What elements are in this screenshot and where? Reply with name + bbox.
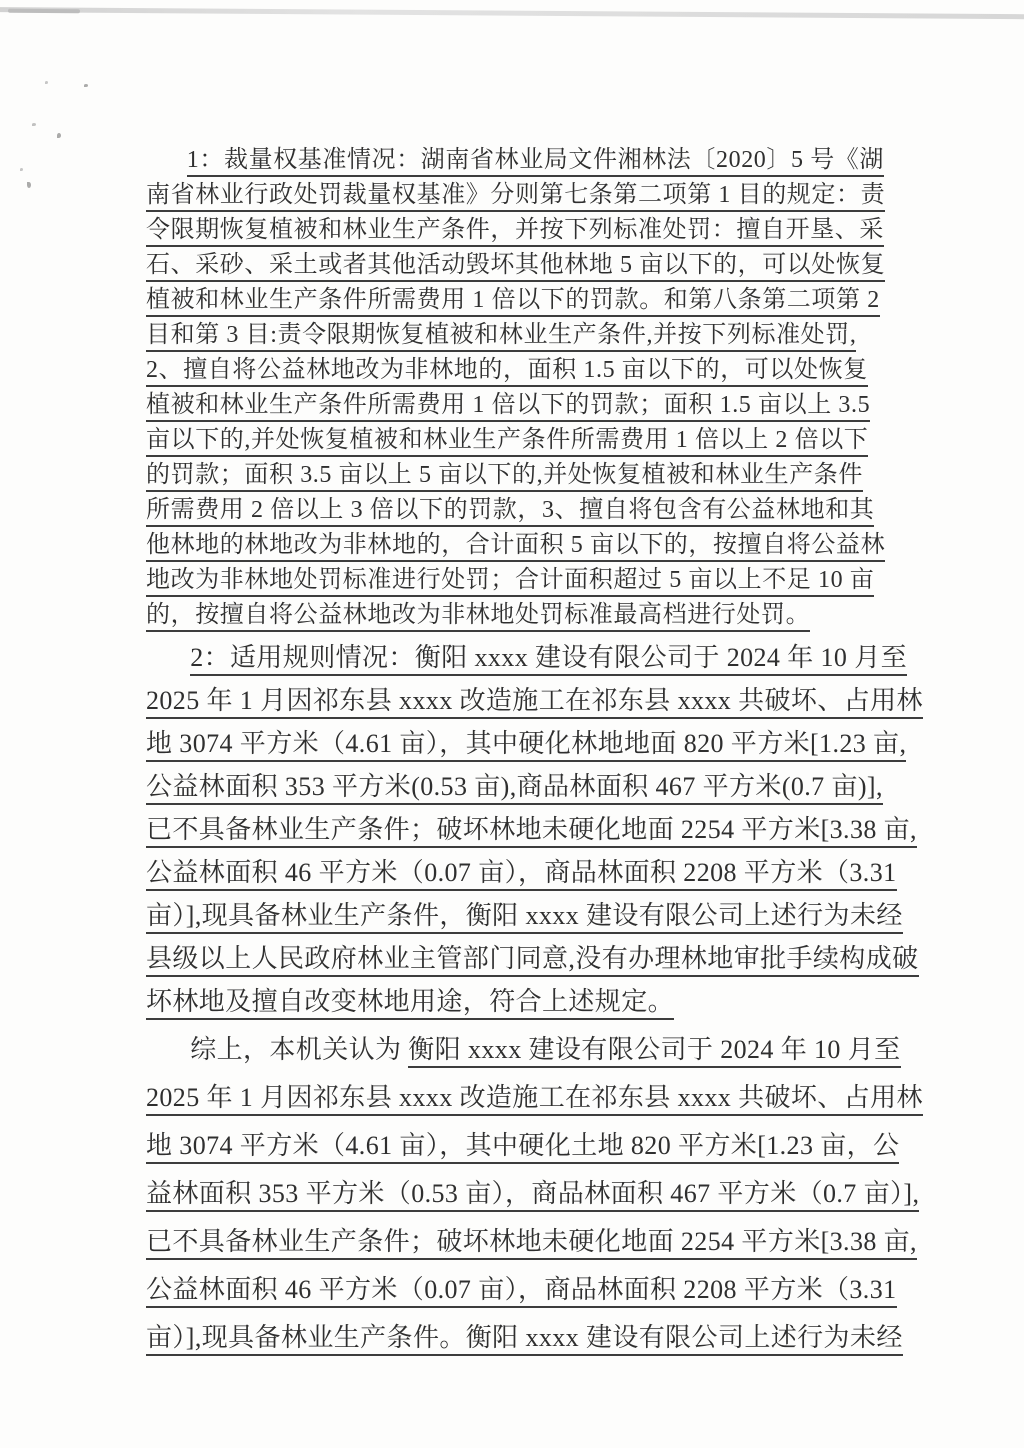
text-line: 亩）],现具备林业生产条件，衡阳 xxxx 建设有限公司上述行为未经 bbox=[146, 894, 888, 937]
scan-edge-artifact-dark bbox=[8, 9, 80, 14]
text-line: 2025 年 1 月因祁东县 xxxx 改造施工在祁东县 xxxx 共破坏、占用… bbox=[146, 679, 888, 722]
text-line: 南省林业行政处罚裁量权基准》分则第七条第二项第 1 目的规定：责 bbox=[146, 178, 888, 213]
text-line: 综上，本机关认为 衡阳 xxxx 建设有限公司于 2024 年 10 月至 bbox=[146, 1026, 888, 1074]
underlined-text-segment: 益林面积 353 平方米（0.53 亩），商品林面积 467 平方米（0.7 亩… bbox=[146, 1179, 919, 1212]
text-line: 公益林面积 46 平方米（0.07 亩），商品林面积 2208 平方米（3.31 bbox=[146, 851, 888, 894]
text-line: 地改为非林地处罚标准进行处罚；合计面积超过 5 亩以上不足 10 亩 bbox=[146, 563, 888, 598]
underlined-text-segment: 坏林地及擅自改变林地用途，符合上述规定。 bbox=[146, 987, 674, 1020]
underlined-text-segment: 公益林面积 46 平方米（0.07 亩），商品林面积 2208 平方米（3.31 bbox=[146, 1275, 897, 1308]
toner-speck bbox=[27, 182, 31, 188]
underlined-text-segment: 2025 年 1 月因祁东县 xxxx 改造施工在祁东县 xxxx 共破坏、占用… bbox=[146, 1083, 923, 1116]
text-line: 公益林面积 353 平方米(0.53 亩),商品林面积 467 平方米(0.7 … bbox=[146, 765, 888, 808]
toner-speck bbox=[84, 84, 88, 87]
underlined-text-segment: 他林地的林地改为非林地的，合计面积 5 亩以下的，按擅自将公益林 bbox=[146, 532, 885, 562]
underlined-text-segment: 已不具备林业生产条件；破坏林地未硬化地面 2254 平方米[3.38 亩, bbox=[146, 1227, 917, 1260]
underlined-text-segment: 目和第 3 目:责令限期恢复植被和林业生产条件,并按下列标准处罚, bbox=[146, 322, 856, 352]
paragraph-rule-application: 2：适用规则情况：衡阳 xxxx 建设有限公司于 2024 年 10 月至202… bbox=[146, 636, 888, 1023]
text-line: 坏林地及擅自改变林地用途，符合上述规定。 bbox=[146, 980, 888, 1023]
scan-edge-artifact bbox=[0, 7, 1024, 19]
underlined-text-segment: 地 3074 平方米（4.61 亩），其中硬化土地 820 平方米[1.23 亩… bbox=[146, 1131, 899, 1164]
text-line: 的罚款；面积 3.5 亩以上 5 亩以下的,并处恢复植被和林业生产条件 bbox=[146, 458, 888, 493]
underlined-text-segment: 植被和林业生产条件所需费用 1 倍以下的罚款。和第八条第二项第 2 bbox=[146, 287, 880, 317]
text-line: 已不具备林业生产条件；破坏林地未硬化地面 2254 平方米[3.38 亩, bbox=[146, 1218, 888, 1266]
toner-speck bbox=[20, 168, 23, 171]
underlined-text-segment: 地改为非林地处罚标准进行处罚；合计面积超过 5 亩以上不足 10 亩 bbox=[146, 567, 874, 597]
text-line: 石、采砂、采土或者其他活动毁坏其他林地 5 亩以下的，可以处恢复 bbox=[146, 248, 888, 283]
underlined-text-segment: 植被和林业生产条件所需费用 1 倍以下的罚款；面积 1.5 亩以上 3.5 bbox=[146, 392, 870, 422]
text-line: 亩）],现具备林业生产条件。衡阳 xxxx 建设有限公司上述行为未经 bbox=[146, 1314, 888, 1362]
underlined-text-segment: 亩以下的,并处恢复植被和林业生产条件所需费用 1 倍以上 2 倍以下 bbox=[146, 427, 868, 457]
underlined-text-segment: 已不具备林业生产条件；破坏林地未硬化地面 2254 平方米[3.38 亩, bbox=[146, 815, 917, 848]
paragraph-discretion-benchmark: 1：裁量权基准情况：湖南省林业局文件湘林法〔2020〕5 号《湖南省林业行政处罚… bbox=[146, 143, 888, 633]
text-line: 植被和林业生产条件所需费用 1 倍以下的罚款。和第八条第二项第 2 bbox=[146, 283, 888, 318]
text-line: 益林面积 353 平方米（0.53 亩），商品林面积 467 平方米（0.7 亩… bbox=[146, 1170, 888, 1218]
scanned-document-page: 1：裁量权基准情况：湖南省林业局文件湘林法〔2020〕5 号《湖南省林业行政处罚… bbox=[0, 0, 1024, 1448]
underlined-text-segment: 所需费用 2 倍以上 3 倍以下的罚款，3、擅自将包含有公益林地和其 bbox=[146, 497, 874, 527]
text-line: 1：裁量权基准情况：湖南省林业局文件湘林法〔2020〕5 号《湖 bbox=[146, 143, 888, 178]
underlined-text-segment: 令限期恢复植被和林业生产条件，并按下列标准处罚：擅自开垦、采 bbox=[146, 217, 884, 247]
text-line: 的，按擅自将公益林地改为非林地处罚标准最高档进行处罚。 bbox=[146, 598, 888, 633]
underlined-text-segment: 的，按擅自将公益林地改为非林地处罚标准最高档进行处罚。 bbox=[146, 602, 810, 632]
toner-speck bbox=[57, 133, 61, 138]
underlined-text-segment: 2：适用规则情况：衡阳 xxxx 建设有限公司于 2024 年 10 月至 bbox=[190, 643, 907, 676]
text-line: 地 3074 平方米（4.61 亩），其中硬化林地地面 820 平方米[1.23… bbox=[146, 722, 888, 765]
underlined-text-segment: 2025 年 1 月因祁东县 xxxx 改造施工在祁东县 xxxx 共破坏、占用… bbox=[146, 686, 923, 719]
text-line: 所需费用 2 倍以上 3 倍以下的罚款，3、擅自将包含有公益林地和其 bbox=[146, 493, 888, 528]
text-line: 县级以上人民政府林业主管部门同意,没有办理林地审批手续构成破 bbox=[146, 937, 888, 980]
underlined-text-segment: 地 3074 平方米（4.61 亩），其中硬化林地地面 820 平方米[1.23… bbox=[146, 729, 906, 762]
underlined-text-segment: 亩）],现具备林业生产条件。衡阳 xxxx 建设有限公司上述行为未经 bbox=[146, 1323, 903, 1356]
underlined-text-segment: 公益林面积 353 平方米(0.53 亩),商品林面积 467 平方米(0.7 … bbox=[146, 772, 883, 805]
underlined-text-segment: 衡阳 xxxx 建设有限公司于 2024 年 10 月至 bbox=[408, 1035, 900, 1068]
text-line: 地 3074 平方米（4.61 亩），其中硬化土地 820 平方米[1.23 亩… bbox=[146, 1122, 888, 1170]
toner-speck bbox=[32, 123, 36, 126]
text-line: 他林地的林地改为非林地的，合计面积 5 亩以下的，按擅自将公益林 bbox=[146, 528, 888, 563]
underlined-text-segment: 南省林业行政处罚裁量权基准》分则第七条第二项第 1 目的规定：责 bbox=[146, 182, 885, 212]
document-body: 1：裁量权基准情况：湖南省林业局文件湘林法〔2020〕5 号《湖南省林业行政处罚… bbox=[146, 143, 888, 1362]
toner-speck bbox=[45, 81, 48, 84]
paragraph-conclusion: 综上，本机关认为 衡阳 xxxx 建设有限公司于 2024 年 10 月至202… bbox=[146, 1026, 888, 1362]
text-line: 2025 年 1 月因祁东县 xxxx 改造施工在祁东县 xxxx 共破坏、占用… bbox=[146, 1074, 888, 1122]
text-line: 目和第 3 目:责令限期恢复植被和林业生产条件,并按下列标准处罚, bbox=[146, 318, 888, 353]
text-line: 令限期恢复植被和林业生产条件，并按下列标准处罚：擅自开垦、采 bbox=[146, 213, 888, 248]
text-line: 2：适用规则情况：衡阳 xxxx 建设有限公司于 2024 年 10 月至 bbox=[146, 636, 888, 679]
text-line: 亩以下的,并处恢复植被和林业生产条件所需费用 1 倍以上 2 倍以下 bbox=[146, 423, 888, 458]
underlined-text-segment: 2、擅自将公益林地改为非林地的，面积 1.5 亩以下的，可以处恢复 bbox=[146, 357, 868, 387]
underlined-text-segment: 1：裁量权基准情况：湖南省林业局文件湘林法〔2020〕5 号《湖 bbox=[187, 147, 884, 177]
underlined-text-segment: 的罚款；面积 3.5 亩以上 5 亩以下的,并处恢复植被和林业生产条件 bbox=[146, 462, 863, 492]
text-line: 公益林面积 46 平方米（0.07 亩），商品林面积 2208 平方米（3.31 bbox=[146, 1266, 888, 1314]
text-segment: 综上，本机关认为 bbox=[190, 1035, 408, 1064]
text-line: 植被和林业生产条件所需费用 1 倍以下的罚款；面积 1.5 亩以上 3.5 bbox=[146, 388, 888, 423]
underlined-text-segment: 县级以上人民政府林业主管部门同意,没有办理林地审批手续构成破 bbox=[146, 944, 919, 977]
text-line: 已不具备林业生产条件；破坏林地未硬化地面 2254 平方米[3.38 亩, bbox=[146, 808, 888, 851]
underlined-text-segment: 亩）],现具备林业生产条件，衡阳 xxxx 建设有限公司上述行为未经 bbox=[146, 901, 903, 934]
text-line: 2、擅自将公益林地改为非林地的，面积 1.5 亩以下的，可以处恢复 bbox=[146, 353, 888, 388]
underlined-text-segment: 石、采砂、采土或者其他活动毁坏其他林地 5 亩以下的，可以处恢复 bbox=[146, 252, 885, 282]
underlined-text-segment: 公益林面积 46 平方米（0.07 亩），商品林面积 2208 平方米（3.31 bbox=[146, 858, 897, 891]
